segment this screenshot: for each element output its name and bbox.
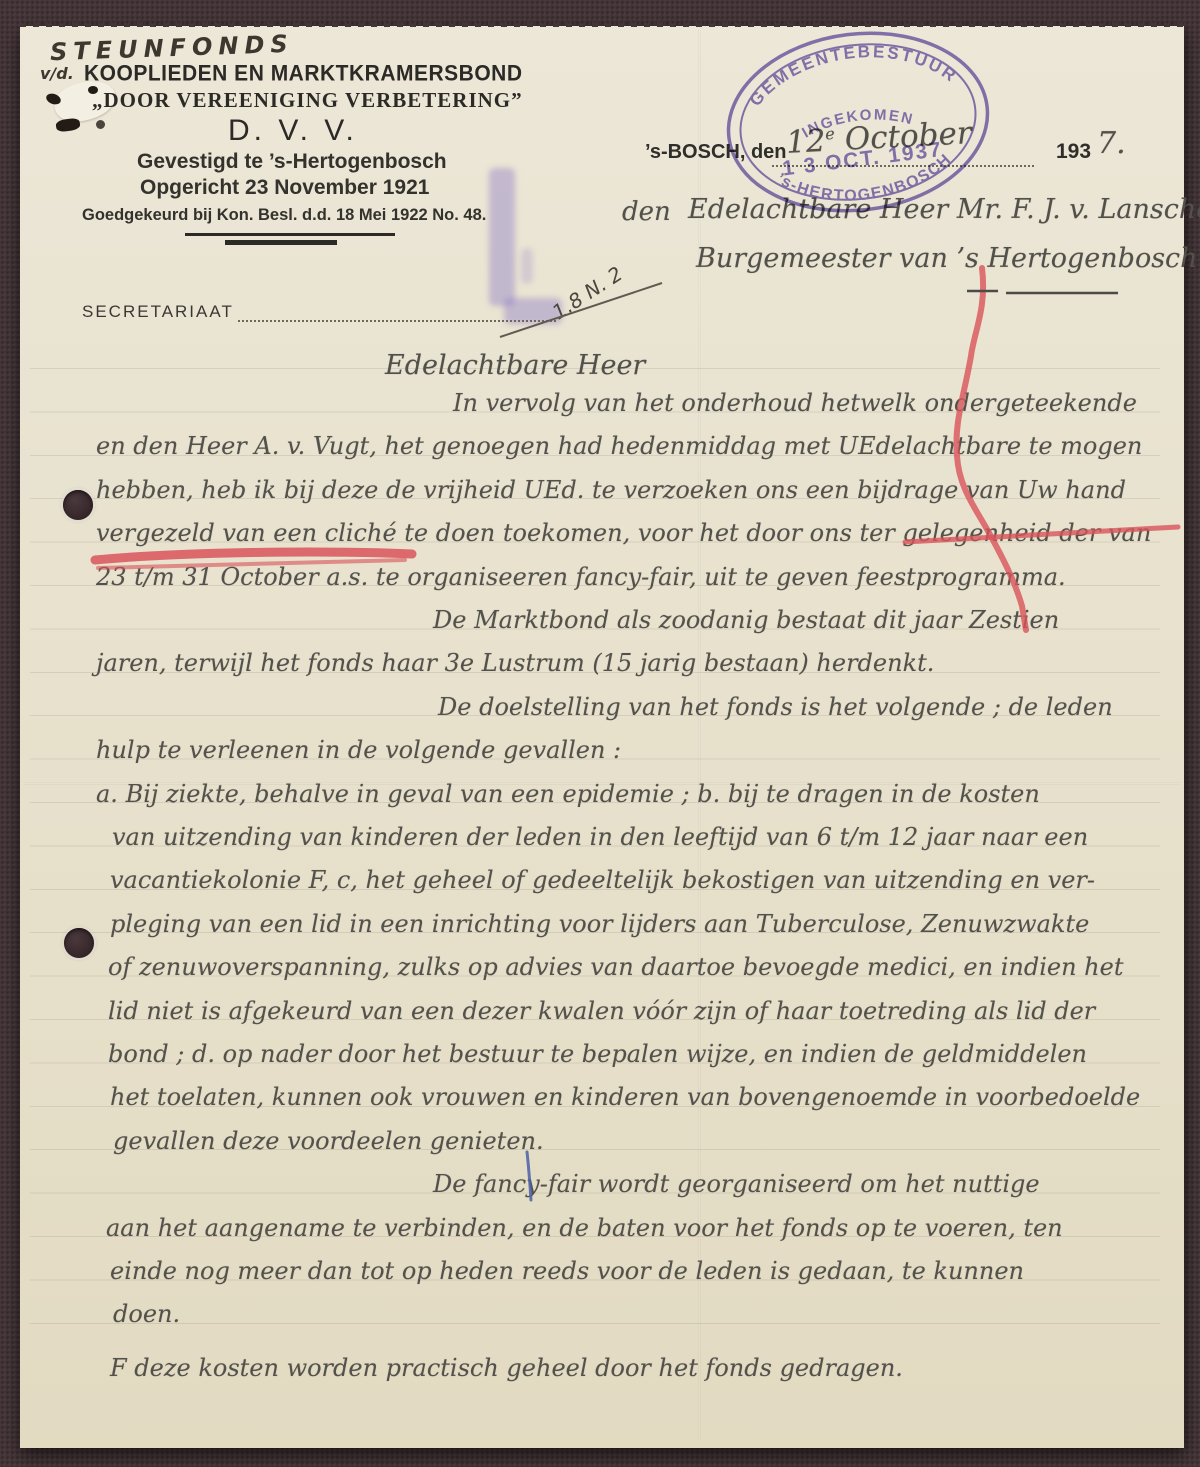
- handwritten-line: In vervolg van het onderhoud hetwelk ond…: [453, 389, 1137, 417]
- secretariat-label: SECRETARIAAT: [82, 302, 234, 322]
- handwritten-line: De fancy-fair wordt georganiseerd om het…: [433, 1170, 1040, 1198]
- purple-ink-smudge: [521, 248, 533, 284]
- addressee-title: Burgemeester van ’s Hertogenbosch: [696, 243, 1198, 274]
- handwritten-line: of zenuwoverspanning, zulks op advies va…: [108, 953, 1123, 981]
- handwritten-line: a. Bij ziekte, behalve in geval van een …: [96, 780, 1040, 808]
- photograph-of-letter: { "colors":{"background":"#443538","pape…: [0, 0, 1200, 1467]
- letterhead-abbreviation: D. V. V.: [228, 114, 358, 148]
- handwritten-year-digit: 7.: [1097, 126, 1126, 161]
- handwritten-line: hebben, heb ik bij deze de vrijheid UEd.…: [96, 476, 1126, 504]
- handwritten-line: bond ; d. op nader door het bestuur te b…: [108, 1040, 1087, 1068]
- handwritten-line: jaren, terwijl het fonds haar 3e Lustrum…: [96, 649, 934, 677]
- secretariat-dotted-line: [238, 318, 556, 322]
- handwritten-line: doen.: [113, 1300, 180, 1328]
- purple-ink-smudge: [489, 168, 515, 306]
- handwritten-vd-annotation: v/d.: [40, 64, 74, 83]
- handwritten-line: einde nog meer dan tot op heden reeds vo…: [110, 1257, 1024, 1285]
- handwritten-line: lid niet is afgekeurd van een dezer kwal…: [108, 997, 1095, 1025]
- handwritten-line: gevallen deze voordeelen genieten.: [113, 1127, 544, 1155]
- letterhead-seat: Gevestigd te ’s-Hertogenbosch: [137, 150, 447, 174]
- letterhead-rule-short: [225, 240, 337, 245]
- handwritten-line: van uitzending van kinderen der leden in…: [112, 823, 1088, 851]
- letterhead-organisation: KOOPLIEDEN EN MARKTKRAMERSBOND: [84, 61, 523, 86]
- stamp-ingekomen-text: INGEKOMEN: [798, 100, 918, 142]
- handwritten-line: hulp te verleenen in de volgende gevalle…: [96, 736, 621, 764]
- letterhead-founded: Opgericht 23 November 1921: [140, 176, 429, 200]
- handwritten-line: De Marktbond als zoodanig bestaat dit ja…: [433, 606, 1059, 634]
- handwritten-line: aan het aangename te verbinden, en de ba…: [106, 1214, 1063, 1242]
- perforated-top-edge: [20, 20, 1184, 27]
- handwritten-line: het toelaten, kunnen ook vrouwen en kind…: [110, 1083, 1140, 1111]
- salutation: Edelachtbare Heer: [385, 350, 645, 381]
- punch-hole-bottom: [64, 928, 94, 958]
- handwritten-line: vergezeld van een cliché te doen toekome…: [96, 519, 1151, 547]
- printed-year: 193: [1056, 140, 1091, 164]
- handwritten-line: pleging van een lid in een inrichting vo…: [110, 910, 1089, 938]
- svg-text:INGEKOMEN: INGEKOMEN: [798, 100, 918, 142]
- addressee-prefix: den: [622, 197, 671, 227]
- letterhead-motto: „DOOR VEREENIGING VERBETERING”: [92, 88, 523, 113]
- punch-hole-top: [63, 490, 93, 520]
- ink-blot: [96, 120, 105, 129]
- handwritten-line: F deze kosten worden practisch geheel do…: [110, 1354, 903, 1382]
- gemeentebestuur-receipt-stamp: GEMEENTEBESTUUR INGEKOMEN 1 3 OCT. 1937 …: [705, 3, 1012, 240]
- letterhead-approval: Goedgekeurd bij Kon. Besl. d.d. 18 Mei 1…: [82, 206, 486, 225]
- handwritten-line: en den Heer A. v. Vugt, het genoegen had…: [96, 432, 1142, 460]
- handwritten-line: vacantiekolonie F, c, het geheel of gede…: [110, 866, 1095, 894]
- letterhead-rule: [185, 233, 395, 236]
- handwritten-line: De doelstelling van het fonds is het vol…: [438, 693, 1113, 721]
- handwritten-line: 23 t/m 31 October a.s. te organiseeren f…: [96, 563, 1066, 591]
